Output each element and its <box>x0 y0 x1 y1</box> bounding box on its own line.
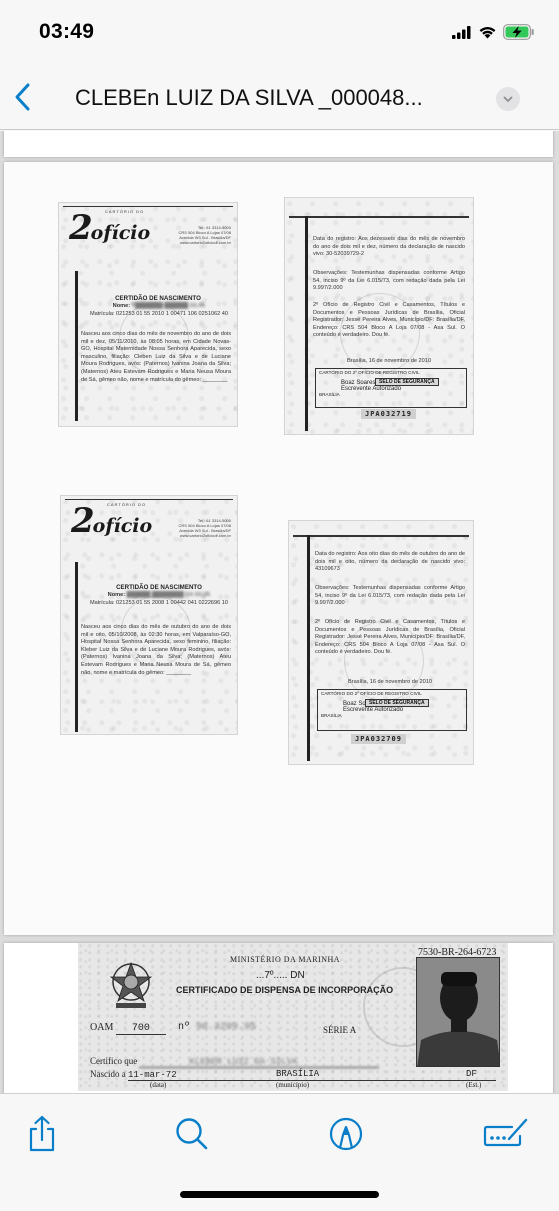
markup-button[interactable] <box>326 1114 366 1154</box>
share-icon <box>22 1114 62 1154</box>
certifico-label: Certifico que <box>90 1056 137 1066</box>
matricula: Matrícula: 021253 01 55 2008 1 00442 041… <box>87 600 231 608</box>
birth-certificate-2-back: Data do registro: Aos oito dias do mês d… <box>288 520 474 765</box>
status-icons <box>452 24 535 40</box>
notary-stamp: CARTÓRIO DO 2º OFÍCIO DE REGISTRO CIVIL … <box>315 368 467 408</box>
certificate-title: CERTIDÃO DE NASCIMENTO <box>81 584 237 591</box>
observations: Observações: Testemunhas dispensadas con… <box>313 270 465 293</box>
chevron-left-icon <box>10 80 36 114</box>
pdf-page-previous <box>4 131 553 157</box>
district: ...7º..... DN <box>256 970 305 981</box>
date-line: Brasília, 16 de novembro de 2010 <box>313 358 465 366</box>
cartorio-logo: CARTÓRIO DO 2 ofício <box>69 213 150 243</box>
registration-date: Data do registro: Aos oito dias do mês d… <box>315 551 465 574</box>
number-label: nº <box>178 1022 190 1033</box>
registry-office: 2º Ofício de Registro Civil e Casamentos… <box>315 619 465 657</box>
certificate-body: Nasceu aos cinco dias do mês de outubro … <box>81 624 231 677</box>
share-button[interactable] <box>22 1114 62 1154</box>
certificate-title: CERTIFICADO DE DISPENSA DE INCORPORAÇÃO <box>176 985 393 995</box>
document-title[interactable]: CLEBEn LUIZ DA SILVA _000048... <box>75 85 423 111</box>
number-value: 96.4209.95 <box>196 1022 256 1033</box>
document-viewer[interactable]: CARTÓRIO DO 2 ofício Tel.: 61 3314-5000 … <box>0 131 559 1093</box>
home-indicator[interactable] <box>180 1191 379 1198</box>
cellular-signal-icon <box>452 26 472 39</box>
oam-value: 700 <box>116 1023 166 1035</box>
cartorio-contact: Tel.: 61 3314-5000 CRS 504 Bloco A Lojas… <box>179 225 231 245</box>
municipio-caption: (município) <box>276 1081 309 1089</box>
security-seal-code: JPA032709 <box>351 734 406 744</box>
security-seal-label: SELO DE SEGURANÇA <box>365 699 429 707</box>
name-value: T███████ ██████ SILVA <box>132 303 206 309</box>
markup-pen-icon <box>326 1114 366 1154</box>
uf-value: DF <box>466 1069 477 1079</box>
name-value: ██████ ████████ DA SILVA <box>127 592 211 598</box>
certificate-title: CERTIDÃO DE NASCIMENTO <box>79 295 237 302</box>
nav-bar: CLEBEn LUIZ DA SILVA _000048... <box>0 64 559 130</box>
military-dispensation-certificate: 7530-BR-264-6723 MINISTÉRIO DA MARINHA .… <box>78 943 508 1091</box>
oam-label: OAM <box>90 1022 113 1033</box>
fill-and-sign-button[interactable] <box>482 1114 532 1154</box>
observations: Observações: Testemunhas dispensadas con… <box>315 585 465 608</box>
birth-certificate-1-back: Data do registro: Aos dezesseis dias do … <box>284 197 474 435</box>
cartorio-contact: Tel.: 61 3314-5000 CRS 504 Bloco A Lojas… <box>179 518 231 538</box>
data-caption: (data) <box>150 1081 166 1089</box>
back-button[interactable] <box>10 80 36 114</box>
matricula: Matrícula: 021253 01 55 2010 1 00471 106… <box>87 311 231 319</box>
id-photo <box>416 957 500 1067</box>
chevron-down-icon <box>496 87 520 111</box>
uf-caption: (Est.) <box>466 1081 481 1089</box>
name-label: Nome: <box>113 303 130 309</box>
nascido-label: Nascido a <box>90 1069 126 1079</box>
registration-date: Data do registro: Aos dezesseis dias do … <box>313 236 465 259</box>
date-line: Brasília, 16 de novembro de 2010 <box>315 679 465 687</box>
search-icon <box>172 1114 212 1154</box>
pdf-page-military-certificate: 7530-BR-264-6723 MINISTÉRIO DA MARINHA .… <box>4 943 553 1093</box>
security-seal-label: SELO DE SEGURANÇA <box>375 378 439 386</box>
registry-office: 2º Ofício de Registro Civil e Casamentos… <box>313 302 465 340</box>
birth-certificate-1-front: CARTÓRIO DO 2 ofício Tel.: 61 3314-5000 … <box>58 202 238 427</box>
title-menu-button[interactable] <box>496 87 520 111</box>
serie: SÉRIE A <box>323 1025 356 1035</box>
security-seal-code: JPA032719 <box>361 409 416 419</box>
name-label: Nome: <box>108 592 125 598</box>
brazil-coat-of-arms-icon <box>104 957 158 1011</box>
search-button[interactable] <box>172 1114 212 1154</box>
status-time: 03:49 <box>39 20 94 44</box>
municipio-value: BRASÍLIA <box>276 1069 319 1079</box>
certificate-body: Nasceu aos cinco dias do mês de novembro… <box>81 331 231 384</box>
signature-icon <box>482 1114 532 1154</box>
pdf-page-birth-certificates: CARTÓRIO DO 2 ofício Tel.: 61 3314-5000 … <box>4 162 553 935</box>
birth-certificate-2-front: CARTÓRIO DO 2 ofício Tel.: 61 3314-5000 … <box>60 495 238 735</box>
certifico-value: KLEBER LUIZ DA SILVA <box>139 1057 379 1068</box>
status-bar: 03:49 <box>0 0 559 64</box>
battery-charging-icon <box>503 24 535 40</box>
wifi-icon <box>478 25 497 39</box>
ministry: MINISTÉRIO DA MARINHA <box>230 955 340 964</box>
cartorio-logo: CARTÓRIO DO 2 ofício <box>71 506 152 536</box>
notary-stamp: CARTÓRIO DO 2º OFÍCIO DE REGISTRO CIVIL … <box>317 689 467 731</box>
